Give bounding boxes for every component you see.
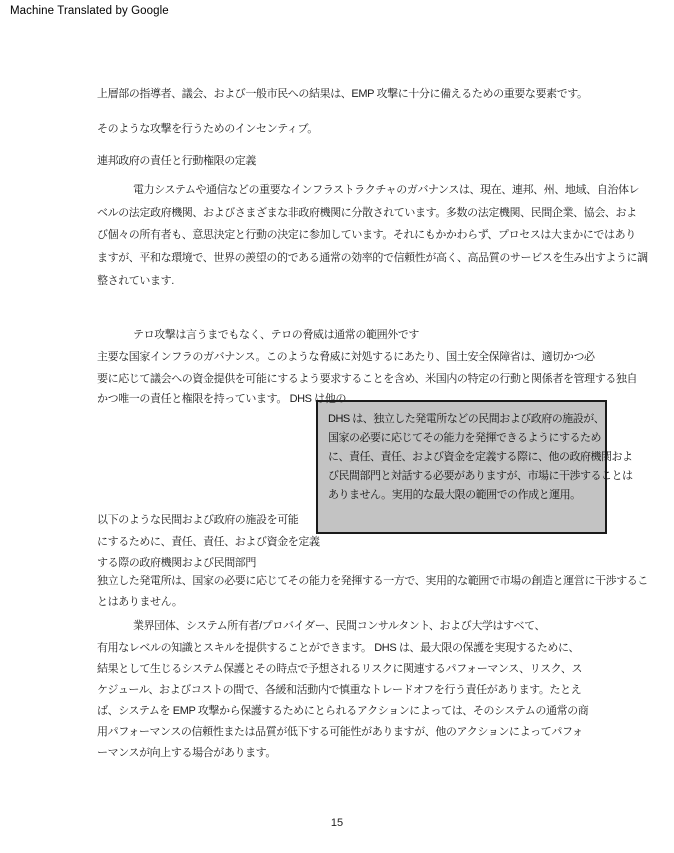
callout-line: 国家の必要に応じてその能力を発揮できるようにするため [328, 429, 595, 448]
text-line: 要に応じて議会への資金提供を可能にするよう要求することを含め、米国内の特定の行動… [97, 373, 637, 386]
text-line: ますが、平和な環境で、世界の羨望の的である通常の効率的で信頼性が高く、高品質のサ… [97, 252, 648, 265]
callout-line: ありません。実用的な最大限の範囲での作成と運用。 [328, 486, 595, 505]
text-line: 上層部の指導者、議会、および一般市民への結果は、EMP 攻撃に十分に備えるための… [97, 88, 588, 101]
section-heading: 連邦政府の責任と行動権限の定義 [97, 155, 256, 168]
text-line: 主要な国家インフラのガバナンス。このような脅威に対処するにあたり、国土安全保障省… [97, 351, 595, 364]
text-line: ベルの法定政府機関、およびさまざまな非政府機関に分散されています。多数の法定機関… [97, 207, 637, 220]
text-line: 電力システムや通信などの重要なインフラストラクチャのガバナンスは、現在、連邦、州… [133, 184, 639, 197]
callout-box: DHS は、独立した発電所などの民間および政府の施設が、 国家の必要に応じてその… [316, 400, 607, 534]
document-page: Machine Translated by Google DHS は、独立した発… [0, 0, 674, 853]
text-line: 以下のような民間および政府の施設を可能 [97, 514, 298, 527]
page-number: 15 [0, 817, 674, 829]
text-line: にするために、責任、責任、および資金を定義 [97, 536, 320, 549]
text-line: ケジュール、およびコストの間で、各緩和活動内で慎重なトレードオフを行う責任があり… [97, 684, 581, 697]
text-line: ば、システムを EMP 攻撃から保護するためにとられるアクションによっては、その… [97, 705, 588, 718]
text-line: ーマンスが向上する場合があります。 [97, 747, 276, 760]
text-line: かつ唯一の責任と権限を持っています。 DHS は他の [97, 393, 346, 406]
callout-line: に、責任、責任、および資金を定義する際に、他の政府機関およ [328, 448, 595, 467]
callout-line: DHS は、独立した発電所などの民間および政府の施設が、 [328, 410, 595, 429]
text-line: そのような攻撃を行うためのインセンティブ。 [97, 123, 318, 136]
text-line: 結果として生じるシステム保護とその時点で予想されるリスクに関連するパフォーマンス… [97, 663, 582, 676]
text-line: 用パフォーマンスの信頼性または品質が低下する可能性がありますが、他のアクションに… [97, 726, 583, 739]
text-line: 有用なレベルの知識とスキルを提供することができます。 DHS は、最大限の保護を… [97, 642, 579, 655]
machine-translated-badge: Machine Translated by Google [10, 5, 169, 17]
text-line: 業界団体、システム所有者/プロバイダー、民間コンサルタント、および大学はすべて、 [133, 620, 545, 633]
text-line: する際の政府機関および民間部門 [97, 557, 256, 570]
text-line: 整されています. [97, 275, 174, 288]
text-line: び個々の所有者も、意思決定と行動の決定に参加しています。それにもかかわらず、プロ… [97, 229, 636, 242]
text-line: 独立した発電所は、国家の必要に応じてその能力を発揮する一方で、実用的な範囲で市場… [97, 575, 648, 588]
callout-line: び民間部門と対話する必要がありますが、市場に干渉することは [328, 467, 595, 486]
text-line: テロ攻撃は言うまでもなく、テロの脅威は通常の範囲外です [133, 329, 419, 342]
text-line: とはありません。 [97, 596, 182, 609]
